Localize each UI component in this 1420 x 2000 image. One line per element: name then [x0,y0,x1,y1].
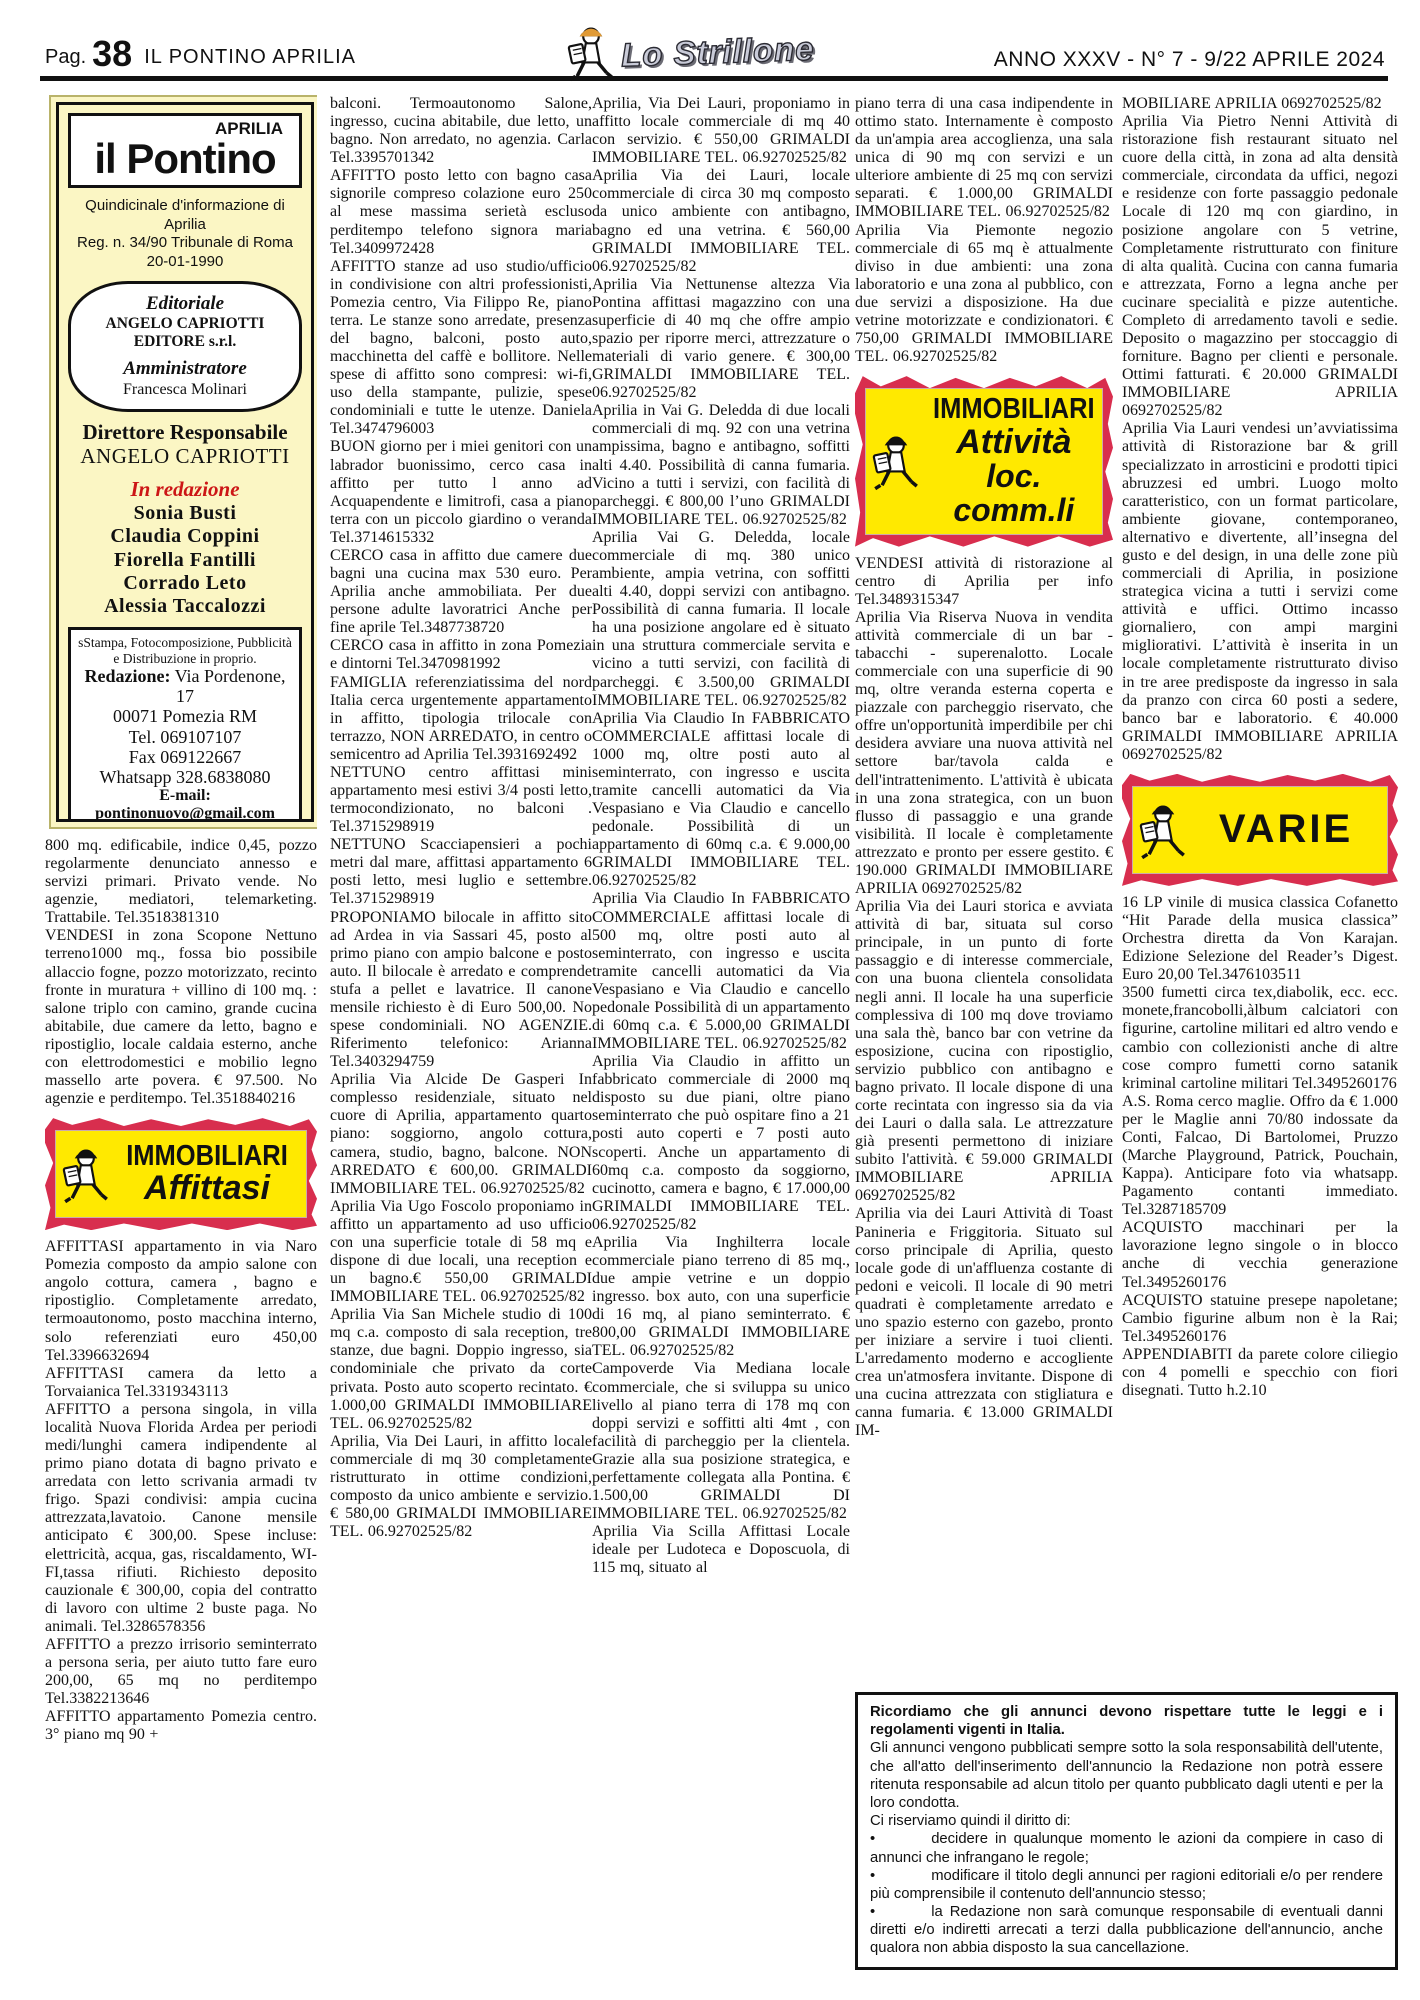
notice-body: Gli annunci vengono pubblicati sempre so… [870,1739,1383,1812]
classified-ad: Aprilia, Via Dei Lauri, proponiamo in af… [592,95,850,167]
classified-ad: NETTUNO centro affittasi mini appartamen… [330,764,592,836]
classified-ad: BUON giorno per i miei genitori con un l… [330,438,592,546]
classified-ad: PROPONIAMO bilocale in affitto sito ad A… [330,909,592,1072]
staff-member: Corrado Leto [68,572,302,595]
classified-ad: Aprilia Via Ugo Foscolo proponiamo in af… [330,1198,592,1306]
classified-ad: 16 LP vinile di musica classica Cofanett… [1122,894,1398,984]
classified-ad: AFFITTO posto letto con bagno casa signo… [330,167,592,257]
classified-ad: piano terra di una casa indipendente in … [855,95,1113,222]
classified-ad: Aprilia in Vai G. Deledda di due locali … [592,402,850,529]
newsboy-icon [565,15,617,89]
contact-box: sStampa, Fotocomposizione, Pubblicità e … [68,627,302,822]
newspaper-page: Pag.38IL PONTINO APRILIA Lo Strillone AN… [0,0,1420,2000]
address-2: 00071 Pomezia RM [75,706,295,726]
classified-ad: VENDESI attività di ristorazione al cent… [855,555,1113,609]
editorial-name: ANGELO CAPRIOTTI EDITORE s.r.l. [75,315,295,352]
notice-bullet: •decidere in qualunque momento le azioni… [870,1830,1383,1866]
classified-ad: Aprilia Via dei Lauri storica e avviata … [855,898,1113,1205]
classified-ad: Aprilia Via Pietro Nenni Attività di ris… [1122,113,1398,420]
newsboy-icon [1137,793,1189,867]
classified-ad: Campoverde Via Mediana locale commercial… [592,1360,850,1523]
classified-ad: Aprilia Via Claudio In FABBRICATO COMMER… [592,890,850,1053]
column-5: MOBILIARE APRILIA 0692702525/82 Aprilia … [1122,95,1398,1670]
classified-ad: Aprilia Via Claudio in affitto un fabbri… [592,1053,850,1234]
classified-ad: AFFITTO appartamento Pomezia centro. 3° … [45,1708,317,1744]
classified-ad: Aprilia via dei Lauri Attività di Toast … [855,1205,1113,1440]
masthead-box: APRILIA il Pontino Quindicinale d'inform… [49,95,317,829]
classified-ad: VENDESI in zona Scopone Nettuno terreno1… [45,927,317,1108]
rules-notice-box: Ricordiamo che gli annunci devono rispet… [855,1692,1398,1970]
page-header-left: Pag.38IL PONTINO APRILIA [45,40,356,69]
classified-ad: Aprilia Via San Michele studio di 100 mq… [330,1306,592,1433]
classified-ad: CERCO casa in affitto in zona Pomezia e … [330,637,592,673]
column-3: Aprilia, Via Dei Lauri, proponiamo in af… [592,95,850,1975]
classified-ad: MOBILIARE APRILIA 0692702525/82 [1122,95,1398,113]
classified-ad: ACQUISTO macchinari per la lavorazione l… [1122,1219,1398,1291]
staff-member: Fiorella Fantilli [68,549,302,572]
classified-ad: 3500 fumetti circa tex,diabolik, ecc. ec… [1122,984,1398,1092]
newsboy-icon [870,424,922,498]
lo-strillone-logo: Lo Strillone [565,22,885,82]
address-label: Redazione: [84,666,170,686]
classified-ad: Aprilia Via Piemonte negozio commerciale… [855,222,1113,367]
production-note: sStampa, Fotocomposizione, Pubblicità e … [75,635,295,666]
classified-ad: AFFITTASI appartamento in via Naro Pomez… [45,1238,317,1365]
classified-ad: Aprilia Via Riserva Nuova in vendita att… [855,609,1113,898]
newsboy-icon [60,1137,112,1211]
classified-ad: Aprilia Via Scilla Affittasi Locale idea… [592,1523,850,1577]
classified-ad: ACQUISTO statuine presepe napoletane; Ca… [1122,1292,1398,1346]
staff-label: In redazione [68,477,302,502]
logo-title: Lo Strillone [620,30,815,75]
page-label: Pag. [45,46,86,69]
masthead-title: il Pontino [79,139,291,179]
classified-ad: Aprilia Via Nettunense altezza Via Ponti… [592,276,850,403]
classified-ad: 800 mq. edificabile, indice 0,45, pozzo … [45,837,317,927]
column-4: piano terra di una casa indipendente in … [855,95,1113,1680]
classified-ad: FAMIGLIA referenziatissima del nord Ital… [330,674,592,764]
issue-info: ANNO XXXV - N° 7 - 9/22 APRILE 2024 [994,48,1385,72]
phone: Tel. 069107107 [75,727,295,747]
classified-ad: Aprilia Via Lauri vendesi un’avviatissim… [1122,420,1398,763]
classified-ad: AFFITTASI camera da letto a Torvaianica … [45,1365,317,1401]
section-badge-varie: VARIE [1122,774,1398,886]
notice-rights-intro: Ci riserviamo quindi il diritto di: [870,1812,1383,1830]
classified-ad: APPENDIABITI da parete colore ciliegio c… [1122,1346,1398,1400]
staff-member: Claudia Coppini [68,525,302,548]
publication-name: IL PONTINO APRILIA [144,46,356,69]
staff-block: In redazione Sonia Busti Claudia Coppini… [68,477,302,618]
classified-ad: Aprilia Via Alcide De Gasperi In comples… [330,1071,592,1198]
column-1: APRILIA il Pontino Quindicinale d'inform… [45,95,317,1975]
fax: Fax 069122667 [75,747,295,767]
address: Via Pordenone, 17 [175,666,286,706]
classified-ad: Aprilia Vai G. Deledda, locale commercia… [592,529,850,710]
classified-ad: Aprilia, Via Dei Lauri, in affitto local… [330,1433,592,1541]
classified-ad: NETTUNO Scacciapensieri a pochi metri da… [330,836,592,908]
classified-ad: AFFITTO a persona singola, in villa loca… [45,1401,317,1636]
section-badge-immobiliari-attivita: IMMOBILIARI Attività loc. comm.li [855,376,1113,546]
notice-bullet: •modificare il titolo degli annunci per … [870,1867,1383,1903]
editorial-label: Editoriale [75,294,295,315]
classified-ad: AFFITTO a prezzo irrisorio seminterrato … [45,1636,317,1708]
notice-bullet: •la Redazione non sarà comunque responsa… [870,1903,1383,1958]
classified-ad: Aprilia Via Claudio In FABBRICATO COMMER… [592,710,850,891]
email-label: E-mail: [159,787,211,804]
section-badge-immobiliari-affittasi: IMMOBILIARI Affittasi [45,1118,317,1230]
classified-ad: AFFITTO stanze ad uso studio/ufficio in … [330,258,592,439]
classified-ad: balconi. Termoautonomo Salone, ingresso,… [330,95,592,167]
admin-label: Amministratore [75,359,295,380]
director-block: Direttore Responsabile ANGELO CAPRIOTTI [68,420,302,469]
column-2: balconi. Termoautonomo Salone, ingresso,… [330,95,592,1975]
notice-title: Ricordiamo che gli annunci devono rispet… [870,1703,1383,1739]
whatsapp: Whatsapp 328.6838080 [75,767,295,787]
page-number: 38 [92,40,132,69]
masthead-title-box: APRILIA il Pontino [68,113,302,188]
classified-ad: Aprilia Via dei Lauri, locale commercial… [592,167,850,275]
staff-member: Alessia Taccalozzi [68,595,302,618]
classified-ad: CERCO casa in affitto due camere due bag… [330,547,592,637]
classified-ad: A.S. Roma cerco maglie. Offro da € 1.000… [1122,1093,1398,1220]
publisher-oval: Editoriale ANGELO CAPRIOTTI EDITORE s.r.… [68,281,302,412]
classified-ad: Aprilia Via Inghilterra locale commercia… [592,1234,850,1361]
staff-member: Sonia Busti [68,502,302,525]
email-address: pontinonuovo@gmail.com [95,805,275,822]
masthead-subtitle: Quindicinale d'informazione di Aprilia R… [68,197,302,272]
admin-name: Francesca Molinari [75,380,295,399]
